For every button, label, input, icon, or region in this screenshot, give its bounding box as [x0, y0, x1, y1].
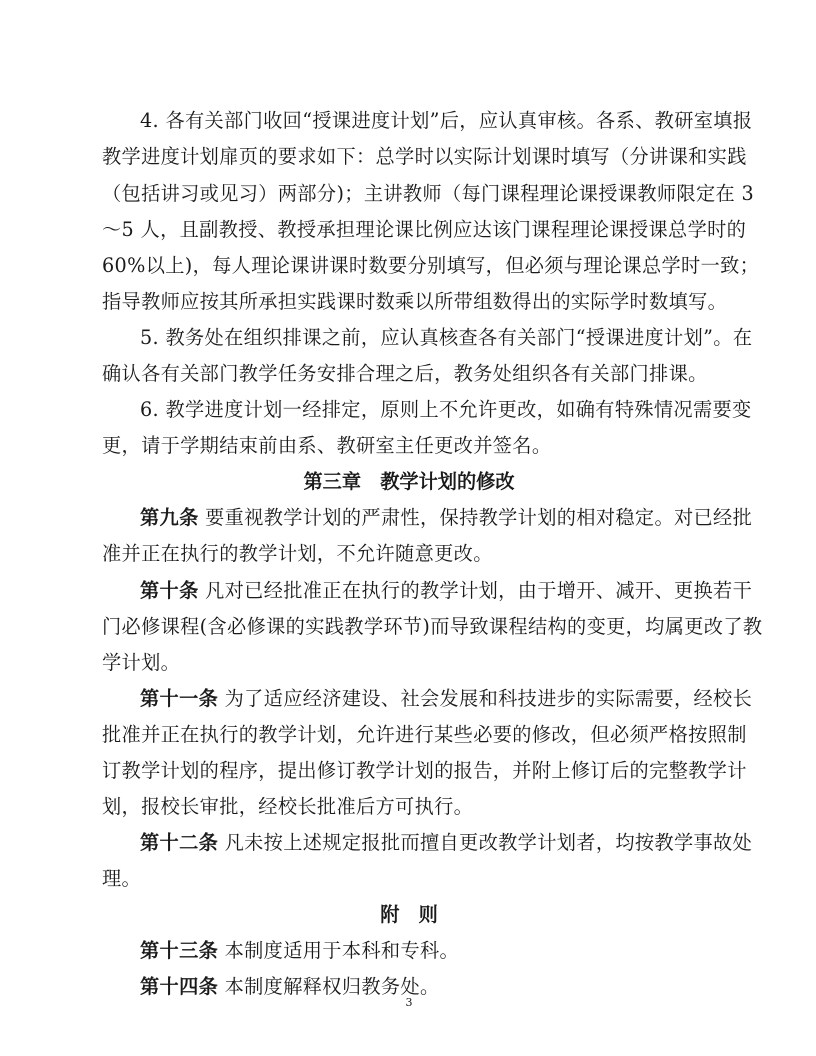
paragraph-4-line-1: 4. 各有关部门收回“授课进度计划”后，应认真审核。各系、教研室填报	[140, 109, 716, 133]
paragraph-4-line-4: ～5 人，且副教授、教授承担理论课比例应达该门课程理论课授课总学时的	[102, 218, 716, 242]
paragraph-4-line-3: （包括讲习或见习）两部分)；主讲教师（每门课程理论课授课教师限定在 3	[102, 182, 716, 206]
article-10-label: 第十条	[140, 579, 199, 602]
article-11-line-1: 第十一条 为了适应经济建设、社会发展和科技进步的实际需要，经校长	[140, 687, 716, 711]
paragraph-4-line-6: 指导教师应按其所承担实践课时数乘以所带组数得出的实际学时数填写。	[102, 290, 727, 314]
article-9-line-1: 第九条 要重视教学计划的严肃性，保持教学计划的相对稳定。对已经批	[140, 506, 716, 530]
article-12-line-2: 理。	[102, 867, 141, 891]
article-13-line-1: 第十三条 本制度适用于本科和专科。	[140, 939, 459, 963]
article-11-line-4: 划，报校长审批，经校长批准后方可执行。	[102, 795, 473, 819]
paragraph-5-line-1: 5. 教务处在组织排课之前，应认真核查各有关部门“授课进度计划”。在	[140, 326, 716, 350]
article-12-line-1: 第十二条 凡未按上述规定报批而擅自更改教学计划者，均按教学事故处	[140, 831, 716, 855]
paragraph-6-line-2: 更，请于学期结束前由系、教研室主任更改并签名。	[102, 434, 551, 458]
article-14-label: 第十四条	[140, 975, 218, 998]
paragraph-6-line-1: 6. 教学进度计划一经排定，原则上不允许更改，如确有特殊情况需要变	[140, 398, 716, 422]
supplementary-heading: 附 则	[102, 903, 716, 927]
article-10-line-2: 门必修课程(含必修课的实践教学环节)而导致课程结构的变更，均属更改了教	[102, 615, 716, 639]
paragraph-4-line-2: 教学进度计划扉页的要求如下：总学时以实际计划课时填写（分讲课和实践	[102, 145, 716, 169]
page-number: 3	[102, 996, 716, 1009]
article-11-line-2: 批准并正在执行的教学计划，允许进行某些必要的修改，但必须严格按照制	[102, 723, 716, 747]
paragraph-4-line-5: 60%以上)，每人理论课讲课时数要分别填写，但必须与理论课总学时一致；	[102, 254, 716, 278]
chapter-3-heading: 第三章 教学计划的修改	[102, 470, 716, 494]
article-9-line-2: 准并正在执行的教学计划，不允许随意更改。	[102, 542, 493, 566]
article-10-line-1: 第十条 凡对已经批准正在执行的教学计划，由于增开、减开、更换若干	[140, 579, 716, 603]
article-9-label: 第九条	[140, 506, 199, 529]
paragraph-5-line-2: 确认各有关部门教学任务安排合理之后，教务处组织各有关部门排课。	[102, 362, 708, 386]
article-13-label: 第十三条	[140, 939, 218, 962]
article-12-label: 第十二条	[140, 831, 218, 854]
article-11-line-3: 订教学计划的程序，提出修订教学计划的报告，并附上修订后的完整教学计	[102, 759, 716, 783]
article-11-label: 第十一条	[140, 687, 218, 710]
article-10-line-3: 学计划。	[102, 651, 180, 675]
